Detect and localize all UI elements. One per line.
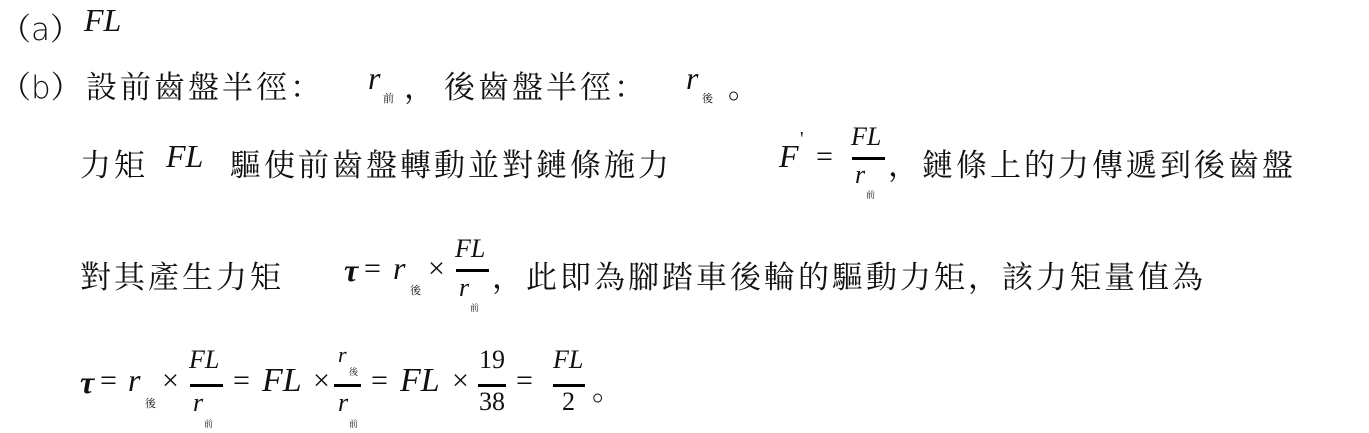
eq-frac2-den-sub: 前	[349, 417, 358, 430]
force-f-symbol: F	[779, 138, 799, 175]
line2-frac-den-r: r	[459, 273, 469, 303]
line2-r-rear-sub: 後	[410, 282, 421, 298]
part-b-label: （b）	[0, 62, 82, 107]
r-front-symbol: r	[368, 60, 380, 97]
line1-frac-num: FL	[851, 122, 881, 152]
eq-r-rear: r	[128, 362, 140, 399]
eq-times-1: ×	[162, 364, 179, 398]
eq-frac4-den: 2	[562, 387, 575, 417]
part-b-intro-text-2: 後齒盤半徑：	[444, 62, 648, 107]
eq-frac1-num: FL	[189, 345, 219, 375]
eq-frac3-num: 19	[479, 345, 505, 375]
line2-fraction-bar	[456, 269, 489, 272]
line2-frac-num: FL	[455, 234, 485, 264]
intro-comma: ，	[404, 62, 438, 107]
tau-symbol: τ	[344, 252, 358, 289]
line2-times: ×	[428, 252, 445, 286]
line1-frac-den-r: r	[855, 160, 865, 190]
line2-equals: =	[364, 252, 381, 286]
part-a-label: （a）	[0, 4, 81, 49]
eq-period: 。	[592, 364, 626, 409]
eq-r-rear-sub: 後	[145, 395, 156, 411]
line1-text-a: 力矩	[80, 140, 148, 185]
line2-text-a: 對其產生力矩	[80, 252, 284, 297]
line1-text-c: ，鏈條上的力傳遞到後齒盤	[888, 140, 1296, 185]
eq-frac1-den-sub: 前	[204, 417, 213, 430]
eq-frac2-num-r: r	[338, 342, 347, 368]
eq-equals-1: =	[100, 364, 117, 398]
eq-times-3: ×	[452, 364, 469, 398]
eq-frac1-bar	[190, 384, 223, 387]
eq-times-2: ×	[313, 364, 330, 398]
eq-tau: τ	[80, 364, 94, 401]
line2-text-b: ，此即為腳踏車後輪的驅動力矩，該力矩量值為	[492, 252, 1206, 297]
eq-frac3-den: 38	[479, 387, 505, 417]
part-a-answer: FL	[84, 2, 121, 39]
eq-frac2-den-r: r	[338, 388, 348, 418]
eq-fl-2: FL	[400, 362, 440, 400]
eq-equals-3: =	[371, 364, 388, 398]
line2-r-rear: r	[393, 250, 405, 287]
line1-text-b: 驅使前齒盤轉動並對鏈條施力	[230, 140, 672, 185]
eq-frac1-den-r: r	[193, 388, 203, 418]
line1-fl: FL	[166, 138, 203, 175]
eq-frac2-num-sub: 後	[349, 365, 358, 378]
line2-frac-den-sub: 前	[470, 301, 479, 314]
eq-frac2-bar	[334, 384, 361, 387]
r-rear-subscript: 後	[702, 90, 713, 106]
line1-equals: =	[816, 140, 833, 174]
intro-period: 。	[728, 62, 762, 107]
eq-equals-4: =	[516, 364, 533, 398]
r-rear-symbol: r	[686, 60, 698, 97]
force-prime: '	[800, 128, 804, 151]
r-front-subscript: 前	[383, 90, 394, 106]
line1-frac-den-sub: 前	[866, 188, 875, 201]
eq-equals-2: =	[233, 364, 250, 398]
eq-frac4-num: FL	[553, 345, 583, 375]
eq-fl-1: FL	[262, 362, 302, 400]
part-b-intro-text: 設前齒盤半徑：	[86, 62, 324, 107]
